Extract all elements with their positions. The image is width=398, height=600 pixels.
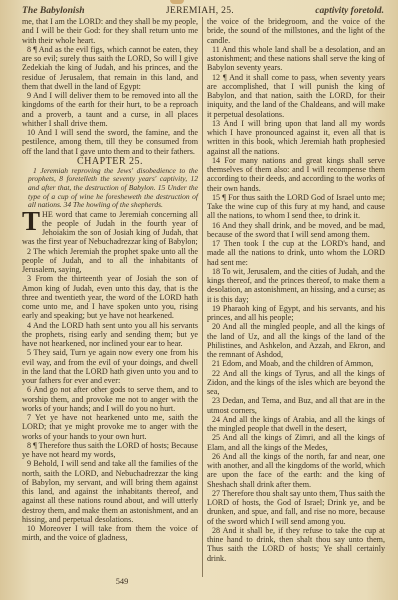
verse-25-15: 15 ¶ For thus saith the LORD God of Isra… <box>207 193 385 221</box>
verse-25-13: 13 And I will bring upon that land all m… <box>207 119 385 156</box>
verse-25-10: 10 Moreover I will take from them the vo… <box>22 524 198 543</box>
verse-25-8: 8 ¶ Therefore thus saith the LORD of hos… <box>22 441 198 460</box>
page-edge-mark <box>170 0 184 4</box>
verse-25-1-text: HE word that came to Jeremiah concerning… <box>22 210 198 247</box>
page-number: 549 <box>102 577 142 586</box>
verse-25-20: 20 And all the mingled people, and all t… <box>207 322 385 359</box>
verse-25-5: 5 They said, Turn ye again now every one… <box>22 348 198 385</box>
running-head: The Babylonish JEREMIAH, 25. captivity f… <box>22 5 384 17</box>
running-head-right: captivity foretold. <box>315 5 384 17</box>
verse-25-26: 26 And all the kings of the north, far a… <box>207 452 385 489</box>
verse-25-17: 17 Then took I the cup at the LORD's han… <box>207 239 385 267</box>
verse-25-23: 23 Dedan, and Tema, and Buz, and all tha… <box>207 396 385 415</box>
verse-25-22: 22 And all the kings of Tyrus, and all t… <box>207 369 385 397</box>
verse-25-25: 25 And all the kings of Zimri, and all t… <box>207 433 385 452</box>
verse-25-9: 9 Behold, I will send and take all the f… <box>22 459 198 524</box>
running-head-left: The Babylonish <box>22 5 85 17</box>
verse-25-27: 27 Therefore thou shalt say unto them, T… <box>207 489 385 526</box>
verse-25-3: 3 From the thirteenth year of Josiah the… <box>22 274 198 320</box>
left-column: me, that I am the LORD: and they shall b… <box>22 17 198 543</box>
verse-25-16: 16 And they shall drink, and be moved, a… <box>207 221 385 240</box>
verse-25-12: 12 ¶ And it shall come to pass, when sev… <box>207 73 385 119</box>
verse-25-6: 6 And go not after other gods to serve t… <box>22 385 198 413</box>
verse-25-28: 28 And it shall be, if they refuse to ta… <box>207 526 385 563</box>
book-page: The Babylonish JEREMIAH, 25. captivity f… <box>0 0 398 600</box>
right-column: the voice of the bridegroom, and the voi… <box>207 17 385 563</box>
verse-25-24: 24 And all the kings of Arabia, and all … <box>207 415 385 434</box>
verse-25-21: 21 Edom, and Moab, and the children of A… <box>207 359 385 368</box>
verse-24-10: 10 And I will send the sword, the famine… <box>22 128 198 156</box>
verse-25-14: 14 For many nations and great kings shal… <box>207 156 385 193</box>
verse-25-1: THE word that came to Jeremiah concernin… <box>22 210 198 247</box>
verse-25-4: 4 And the LORD hath sent unto you all hi… <box>22 321 198 349</box>
verse-25-19: 19 Pharaoh king of Egypt, and his servan… <box>207 304 385 323</box>
verse-continuation: the voice of the bridegroom, and the voi… <box>207 17 385 45</box>
verse-continuation: me, that I am the LORD: and they shall b… <box>22 17 198 45</box>
verse-25-7: 7 Yet ye have not hearkened unto me, sai… <box>22 413 198 441</box>
verse-25-2: 2 The which Jeremiah the prophet spake u… <box>22 247 198 275</box>
running-head-book-chapter: JEREMIAH, 25. <box>166 5 234 17</box>
chapter-summary: 1 Jeremiah reproving the Jews' disobedie… <box>22 167 198 210</box>
verse-25-18: 18 To wit, Jerusalem, and the cities of … <box>207 267 385 304</box>
dropcap-letter: T <box>22 210 40 232</box>
verse-25-11: 11 And this whole land shall be a desola… <box>207 45 385 73</box>
column-divider <box>202 17 203 577</box>
verse-24-8: 8 ¶ And as the evil figs, which cannot b… <box>22 45 198 91</box>
verse-24-9: 9 And I will deliver them to be removed … <box>22 91 198 128</box>
